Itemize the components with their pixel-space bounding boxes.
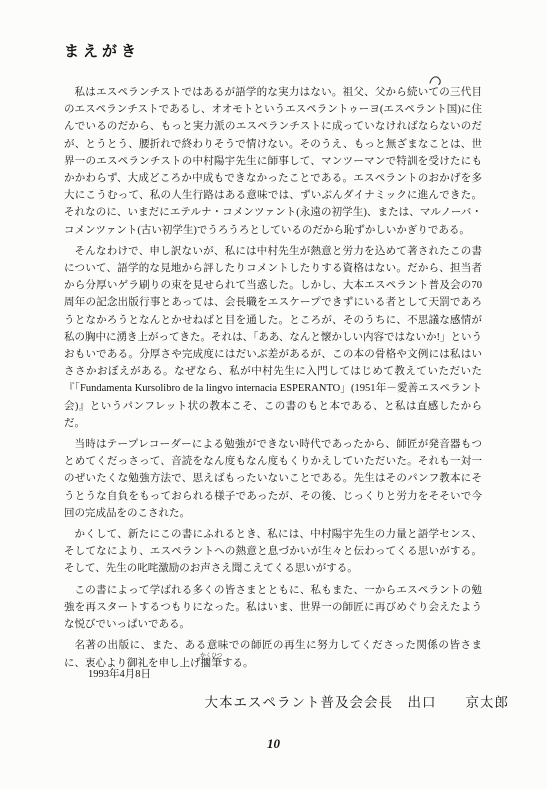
ruby-furigana: かくひつ [200,653,222,659]
paragraph-3: 当時はテープレコーダーによる勉強ができない時代であったから、師匠が発音器もつとめ… [64,436,482,522]
paragraph-4: かくして、新たにこの書にふれるとき、私には、中村陽宇先生の力量と語学センス、そし… [64,526,482,578]
paragraph-1: 私はエスペランチストではあるが語学的な実力はない。祖父、父から続いての三代目のエ… [64,84,482,239]
ruby-kakuhitsu: 擱筆かくひつ [201,658,223,669]
paragraph-6-text-before: 名著の出版に、また、ある意味での師匠の再生に努力してくださった関係の皆さまに、衷… [64,640,482,668]
preface-body: 私はエスペランチストではあるが語学的な実力はない。祖父、父から続いての三代目のエ… [64,84,482,676]
date-line: 1993年4月8日 [88,666,151,681]
page-number: 10 [0,736,547,752]
page-title: まえがき [64,40,140,61]
paragraph-6-text-after: する。 [222,658,254,669]
ruby-base: 擱筆 [200,658,222,669]
paragraph-2: そんなわけで、申し訳ないが、私には中村先生が熱意と労力を込めて著されたこの書につ… [64,243,482,432]
signature-line: 大本エスペラント普及会会長 出口 京太郎 [205,691,510,711]
document-page: まえがき 私はエスペランチストではあるが語学的な実力はない。祖父、父から続いての… [0,0,547,789]
paragraph-5: この書によって学ばれる多くの皆さまとともに、私もまた、一からエスペラントの勉強を… [64,582,482,634]
